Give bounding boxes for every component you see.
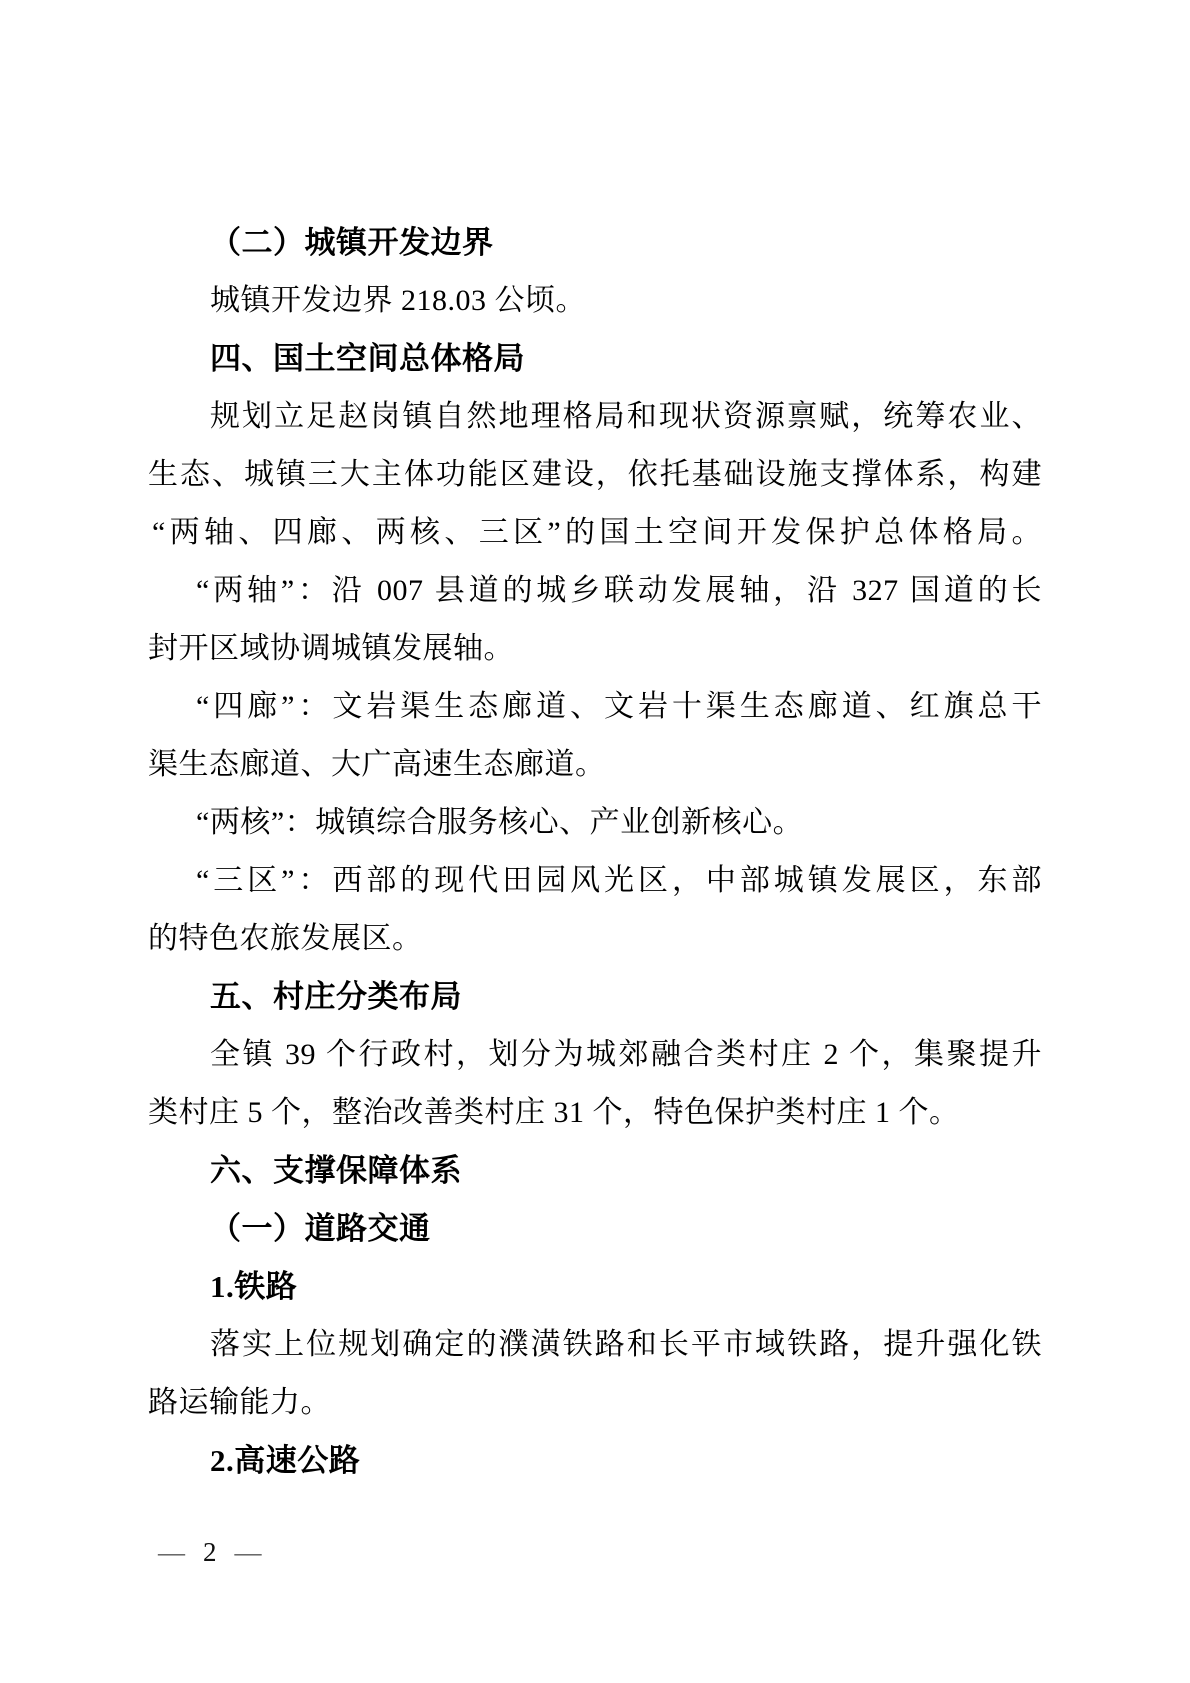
document-body: （二）城镇开发边界 城镇开发边界 218.03 公顷。 四、国土空间总体格局 规… (148, 214, 1042, 1490)
page-number-dash-left: — (158, 1537, 185, 1567)
heading-sub-road-traffic: （一）道路交通 (148, 1200, 1042, 1258)
document-page: （二）城镇开发边界 城镇开发边界 218.03 公顷。 四、国土空间总体格局 规… (0, 0, 1190, 1683)
page-number-dash-right: — (235, 1537, 262, 1567)
heading-sub-railway: 1.铁路 (148, 1258, 1042, 1316)
paragraph-line: “三区”：西部的现代田园风光区，中部城镇发展区，东部 (148, 852, 1042, 910)
heading-section-6-support-system: 六、支撑保障体系 (148, 1142, 1042, 1200)
paragraph-line: “四廊”：文岩渠生态廊道、文岩十渠生态廊道、红旗总干 (148, 678, 1042, 736)
paragraph-line: 封开区域协调城镇发展轴。 (148, 620, 1042, 678)
page-number-value: 2 (203, 1537, 217, 1567)
paragraph-line: 的特色农旅发展区。 (148, 910, 1042, 968)
paragraph-line: 全镇 39 个行政村，划分为城郊融合类村庄 2 个，集聚提升 (148, 1026, 1042, 1084)
paragraph-line: “两核”：城镇综合服务核心、产业创新核心。 (148, 794, 1042, 852)
paragraph-line: 渠生态廊道、大广高速生态廊道。 (148, 736, 1042, 794)
paragraph-line: 规划立足赵岗镇自然地理格局和现状资源禀赋，统筹农业、 (148, 388, 1042, 446)
paragraph-line: “两轴”：沿 007 县道的城乡联动发展轴，沿 327 国道的长 (148, 562, 1042, 620)
heading-sub-urban-dev-boundary: （二）城镇开发边界 (148, 214, 1042, 272)
paragraph-line: 类村庄 5 个，整治改善类村庄 31 个，特色保护类村庄 1 个。 (148, 1084, 1042, 1142)
page-number: —2— (158, 1532, 262, 1572)
paragraph-line: 落实上位规划确定的濮潢铁路和长平市域铁路，提升强化铁 (148, 1316, 1042, 1374)
paragraph-line: 生态、城镇三大主体功能区建设，依托基础设施支撑体系，构建 (148, 446, 1042, 504)
paragraph-line: 城镇开发边界 218.03 公顷。 (148, 272, 1042, 330)
paragraph-line: “两轴、四廊、两核、三区”的国土空间开发保护总体格局。 (148, 504, 1042, 562)
heading-section-4-spatial-pattern: 四、国土空间总体格局 (148, 330, 1042, 388)
heading-sub-expressway: 2.高速公路 (148, 1432, 1042, 1490)
heading-section-5-village-classification: 五、村庄分类布局 (148, 968, 1042, 1026)
paragraph-line: 路运输能力。 (148, 1374, 1042, 1432)
